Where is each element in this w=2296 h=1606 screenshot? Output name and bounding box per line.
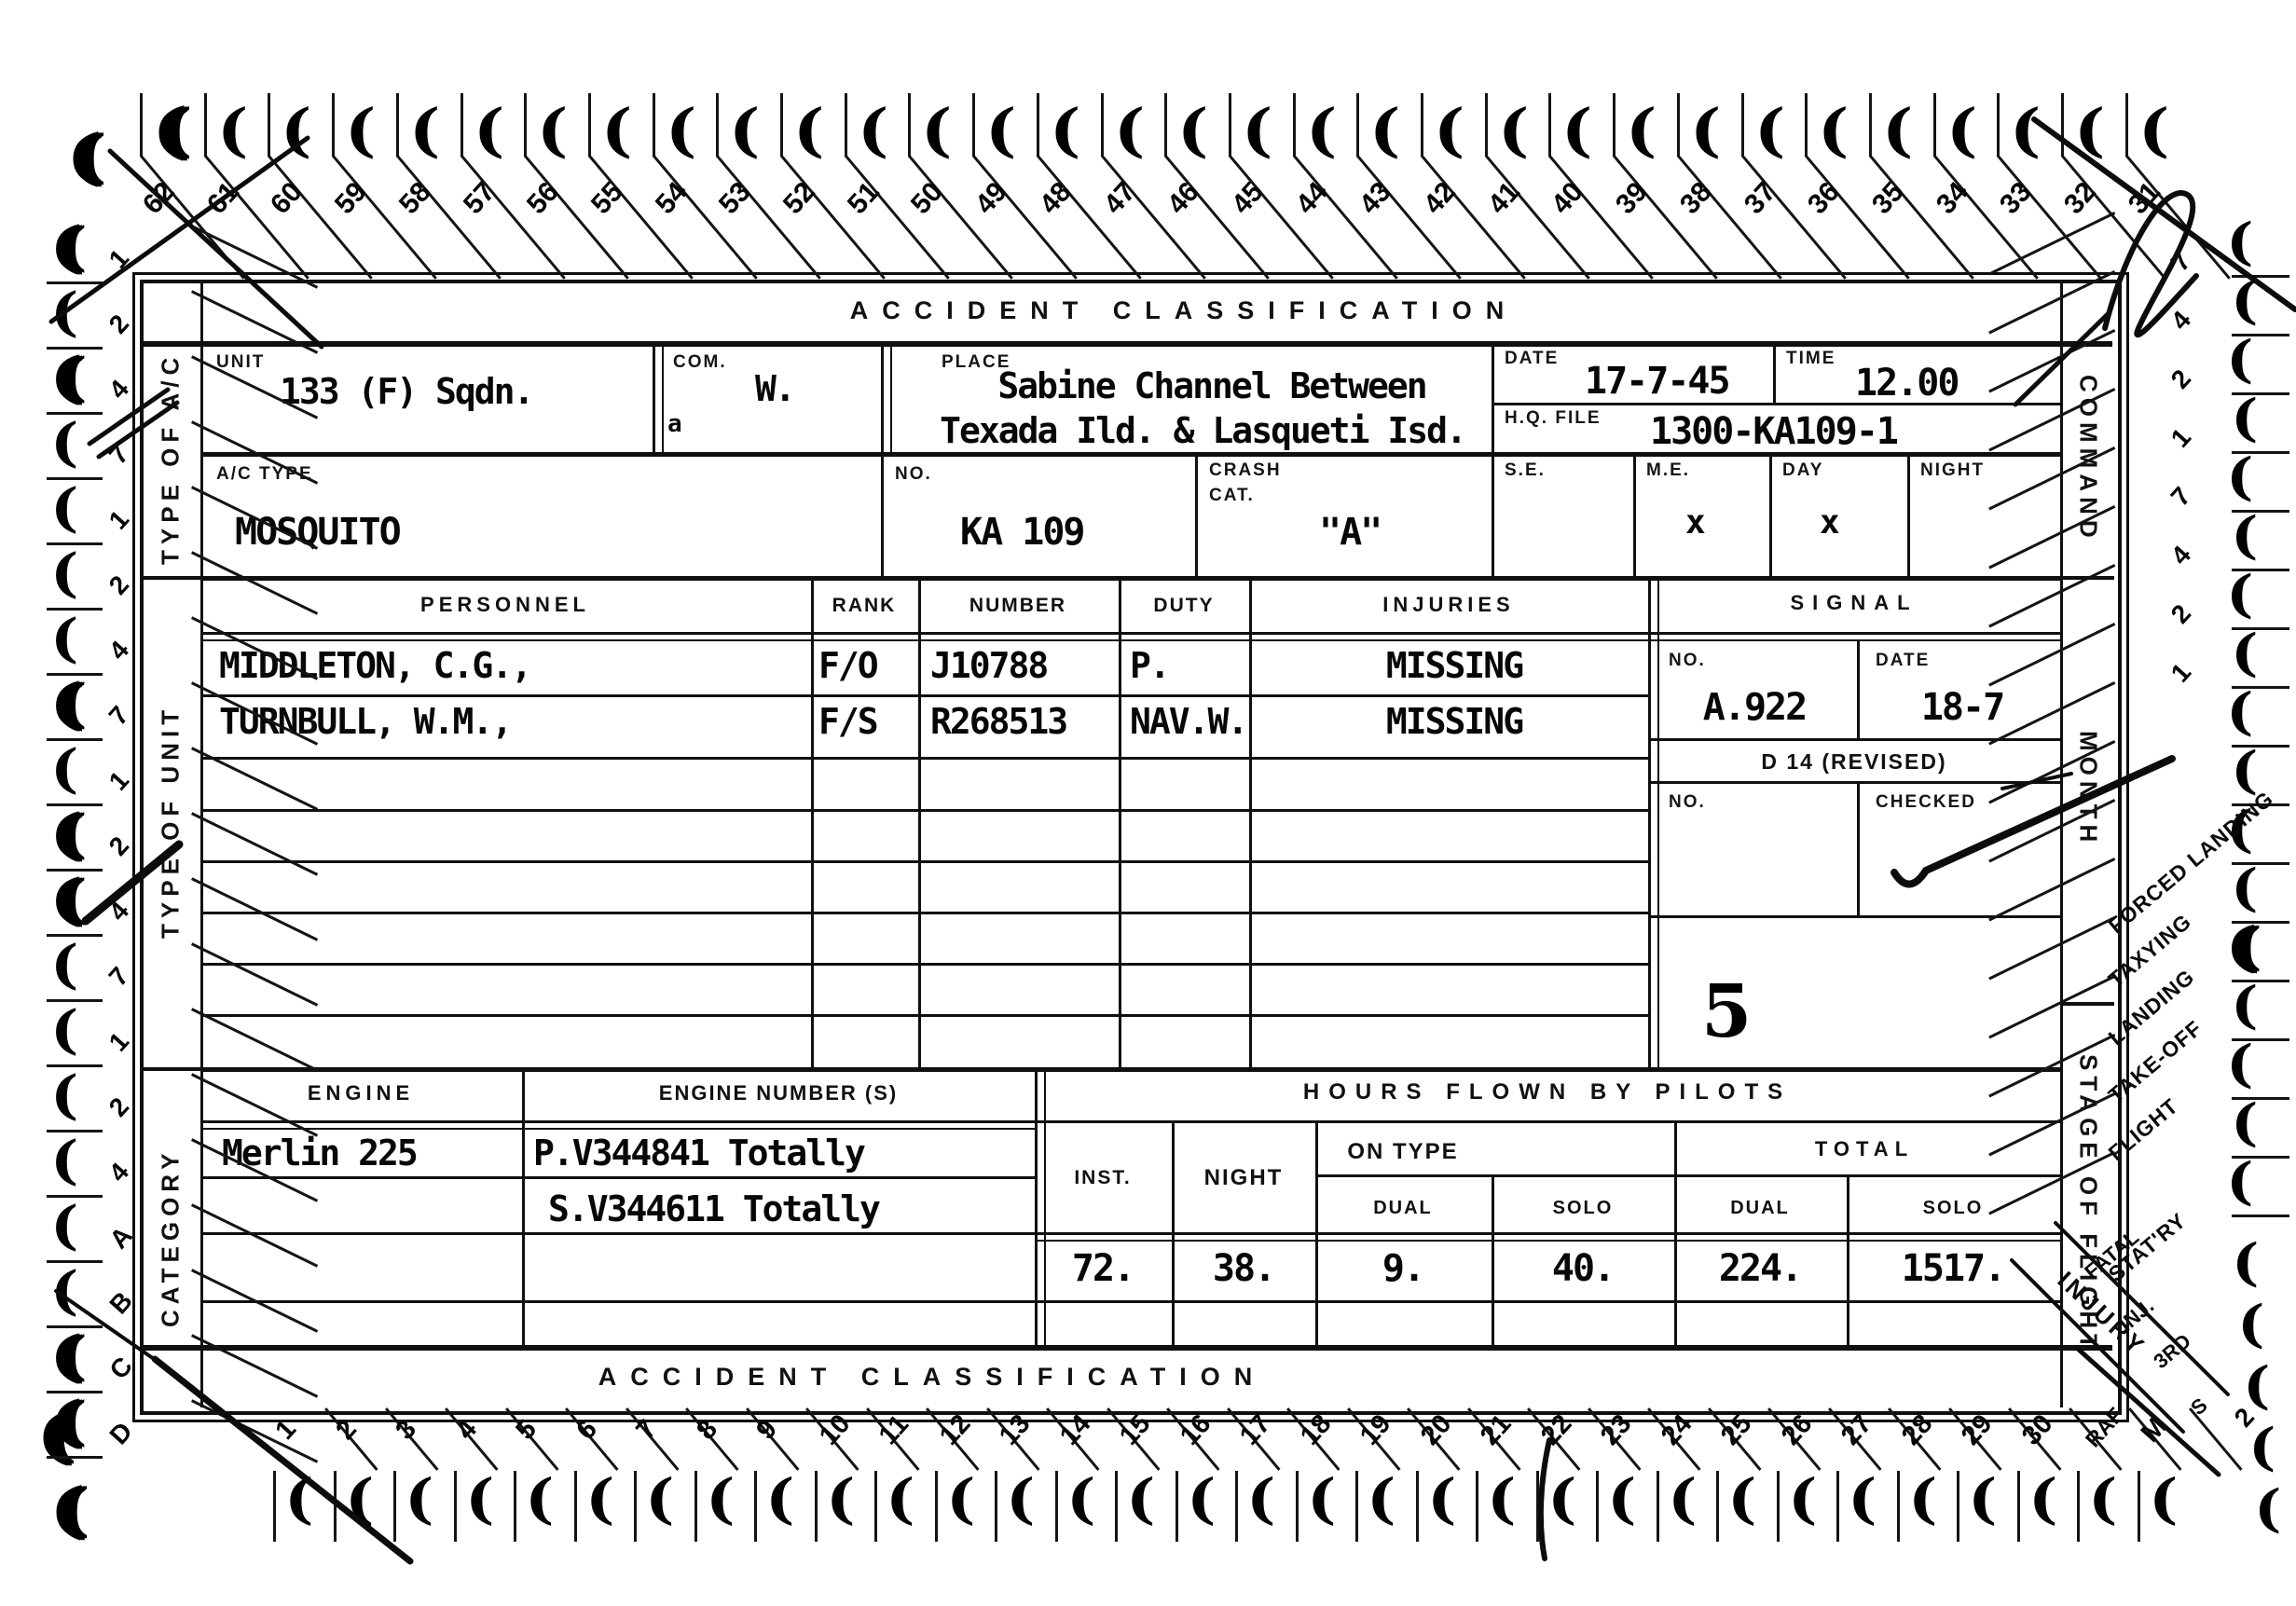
injuries-header: INJURIES bbox=[1382, 593, 1514, 617]
hours-on-type-solo-value: 40. bbox=[1552, 1247, 1614, 1290]
top-tab-number: 58 bbox=[393, 176, 438, 221]
d14-title: D 14 (REVISED) bbox=[1761, 749, 1946, 775]
left-tab-number: D bbox=[103, 1417, 138, 1450]
bottom-tab-number: 4 bbox=[450, 1414, 483, 1446]
punch-notch-icon: ( bbox=[1246, 1475, 1276, 1523]
bottom-tab-divider bbox=[1055, 1471, 1058, 1542]
punch-notch-icon: ( bbox=[1426, 1475, 1456, 1523]
left-tab-number: C bbox=[103, 1352, 138, 1385]
side-label-stage-of-flight: STAGE OF FLIGHT bbox=[2062, 1006, 2114, 1404]
top-tab-diagonal bbox=[1229, 155, 1334, 280]
punch-notch-icon: ( bbox=[50, 1268, 78, 1314]
punch-notch-icon: ( bbox=[1626, 104, 1657, 157]
top-tab-divider bbox=[845, 93, 847, 157]
punch-notch-icon: ( bbox=[1242, 104, 1273, 157]
left-tab-number: 1 bbox=[103, 1027, 135, 1058]
top-tab-divider bbox=[1933, 93, 1936, 157]
rank-header: RANK bbox=[832, 595, 897, 617]
punch-notch-icon: ( bbox=[1306, 1475, 1336, 1523]
punch-notch-icon: ( bbox=[2226, 336, 2253, 382]
hours-night-value: 38. bbox=[1213, 1247, 1274, 1290]
punch-notch-icon: ( bbox=[405, 1475, 434, 1523]
top-tab-divider bbox=[524, 93, 527, 157]
bottom-tab-divider bbox=[1596, 1471, 1599, 1542]
engine-header: ENGINE bbox=[308, 1081, 414, 1105]
punch-notch-icon: ( bbox=[2243, 1363, 2270, 1408]
top-tab-number: 49 bbox=[969, 176, 1014, 221]
bottom-tab-number: 28 bbox=[1896, 1408, 1939, 1451]
left-tab-number: 4 bbox=[103, 897, 135, 927]
punch-notch-icon: ( bbox=[525, 1475, 555, 1523]
bottom-tab-number: 11 bbox=[873, 1409, 915, 1451]
top-tab-number: 46 bbox=[1162, 176, 1206, 221]
side-label-category: CATEGORY bbox=[142, 1071, 199, 1404]
left-tab-number: 1 bbox=[103, 766, 135, 797]
bottom-tab-divider bbox=[634, 1471, 637, 1542]
hours-total-dual-value: 224. bbox=[1719, 1247, 1801, 1290]
punch-notch-icon: ( bbox=[50, 615, 78, 662]
punch-notch-icon: ( bbox=[1006, 1475, 1036, 1523]
left-tab-number: 7 bbox=[103, 440, 135, 471]
left-tab-number: 1 bbox=[103, 244, 135, 275]
left-tab-number: 2 bbox=[103, 570, 135, 601]
punch-notch-icon: ( bbox=[2231, 865, 2258, 911]
punch-notch-icon: ( bbox=[50, 1007, 78, 1053]
punch-notch-icon: ( bbox=[886, 1475, 915, 1523]
punch-notch-icon: ( bbox=[793, 104, 825, 157]
punch-notch-icon: ( bbox=[2226, 924, 2253, 969]
day-value: x bbox=[1820, 503, 1838, 542]
com-stray-mark: a bbox=[667, 410, 681, 438]
punch-notch-icon: ( bbox=[2088, 1475, 2118, 1523]
punch-notch-icon: ( bbox=[2226, 689, 2253, 734]
top-tab-number: 50 bbox=[905, 176, 950, 221]
top-tab-number: 35 bbox=[1866, 176, 1911, 221]
bottom-tab-divider bbox=[454, 1471, 457, 1542]
left-tab-number: 4 bbox=[103, 375, 135, 405]
bottom-tab-divider bbox=[1175, 1471, 1178, 1542]
personnel-row-name: TURNBULL, W.M., bbox=[219, 701, 511, 742]
top-tab-divider bbox=[653, 93, 655, 157]
bottom-tab-number: 22 bbox=[1535, 1408, 1578, 1451]
top-tab-number: 59 bbox=[329, 176, 374, 221]
signal-date-label: DATE bbox=[1876, 651, 1930, 671]
punch-notch-icon: ( bbox=[2231, 395, 2258, 441]
com-value: W. bbox=[755, 368, 794, 409]
punch-notch-icon: ( bbox=[50, 876, 78, 923]
bottom-tab-number: 20 bbox=[1415, 1408, 1458, 1451]
punch-notch-icon: ( bbox=[2226, 219, 2253, 265]
right-tab-number: 4 bbox=[2165, 306, 2197, 336]
bottom-tab-divider bbox=[334, 1471, 337, 1542]
bottom-tab-divider bbox=[1957, 1471, 1959, 1542]
top-tab-number: 32 bbox=[2058, 176, 2103, 221]
engine-number-line1: P.V344841 Totally bbox=[533, 1132, 864, 1174]
punch-notch-icon: ( bbox=[281, 104, 312, 157]
left-tab-number: 7 bbox=[103, 962, 135, 993]
top-tab-number: 41 bbox=[1482, 176, 1527, 221]
personnel-row-injuries: MISSING bbox=[1386, 701, 1522, 742]
night-header: NIGHT bbox=[1204, 1165, 1284, 1191]
left-tab-number: 2 bbox=[103, 309, 135, 340]
punch-notch-icon: ( bbox=[1305, 104, 1337, 157]
personnel-row-duty: P. bbox=[1130, 645, 1169, 686]
punch-notch-icon: ( bbox=[765, 1475, 795, 1523]
top-tab-diagonal bbox=[1037, 155, 1142, 280]
punch-notch-icon: ( bbox=[50, 550, 78, 597]
engine-number-header: ENGINE NUMBER (S) bbox=[659, 1081, 898, 1105]
punch-notch-icon: ( bbox=[1727, 1475, 1757, 1523]
punch-notch-icon: ( bbox=[50, 1398, 78, 1445]
place-line1: Sabine Channel Between bbox=[997, 365, 1425, 406]
punch-notch-icon: ( bbox=[2231, 1100, 2258, 1146]
punch-notch-icon: ( bbox=[2226, 1159, 2253, 1204]
top-tab-divider bbox=[1229, 93, 1231, 157]
bottom-tab-divider bbox=[754, 1471, 757, 1542]
left-tab-number: 4 bbox=[103, 1158, 135, 1188]
punch-notch-icon: ( bbox=[1968, 1475, 1998, 1523]
com-label: COM. bbox=[673, 352, 727, 373]
punch-notch-icon: ( bbox=[2232, 1240, 2259, 1285]
punch-notch-icon: ( bbox=[1848, 1475, 1877, 1523]
punch-notch-icon: ( bbox=[1818, 104, 1849, 157]
engine-number-line2: S.V344611 Totally bbox=[548, 1188, 879, 1229]
footer-rule bbox=[142, 1345, 2112, 1351]
punch-notch-icon: ( bbox=[2138, 104, 2169, 157]
total-solo-header: SOLO bbox=[1923, 1198, 1984, 1219]
top-tab-divider bbox=[1548, 93, 1551, 157]
punch-notch-icon: ( bbox=[1667, 1475, 1697, 1523]
top-tab-number: 52 bbox=[777, 176, 822, 221]
total-header: TOTAL bbox=[1815, 1137, 1914, 1161]
punch-notch-icon: ( bbox=[1690, 104, 1722, 157]
punch-notch-icon: ( bbox=[50, 485, 78, 531]
punch-notch-icon: ( bbox=[1066, 1475, 1095, 1523]
punch-notch-icon: ( bbox=[2231, 513, 2258, 558]
left-tab-number: 2 bbox=[103, 1092, 135, 1123]
bottom-tab-number: 8 bbox=[691, 1414, 723, 1446]
punch-notch-icon: ( bbox=[729, 104, 761, 157]
top-tab-number: 53 bbox=[713, 176, 758, 221]
date-label: DATE bbox=[1505, 349, 1559, 369]
top-tab-number: 33 bbox=[1994, 176, 2039, 221]
top-tab-number: 31 bbox=[2123, 176, 2167, 221]
punch-notch-icon: ( bbox=[1753, 104, 1785, 157]
top-tab-diagonal bbox=[653, 155, 758, 280]
bottom-tab-number: 30 bbox=[2016, 1408, 2059, 1451]
punch-notch-icon: ( bbox=[1050, 104, 1081, 157]
top-tab-diagonal bbox=[1933, 155, 2039, 280]
punch-notch-icon: ( bbox=[2231, 630, 2258, 676]
personnel-row-number: J10788 bbox=[930, 645, 1047, 686]
bottom-tab-number: 5 bbox=[510, 1414, 543, 1446]
punch-notch-icon: ( bbox=[50, 811, 78, 858]
top-tab-divider bbox=[1869, 93, 1872, 157]
place-line2: Texada Ild. & Lasqueti Isd. bbox=[940, 410, 1465, 451]
personnel-row-rank: F/S bbox=[818, 701, 877, 742]
bottom-tab-divider bbox=[1296, 1471, 1299, 1542]
punch-notch-icon: ( bbox=[645, 1475, 675, 1523]
punch-notch-icon: ( bbox=[473, 104, 504, 157]
top-tab-divider bbox=[396, 93, 399, 157]
punch-notch-icon: ( bbox=[584, 1475, 614, 1523]
top-tab-divider bbox=[140, 93, 143, 157]
punch-notch-icon: ( bbox=[1367, 1475, 1396, 1523]
top-tab-number: 45 bbox=[1226, 176, 1271, 221]
punch-notch-icon: ( bbox=[284, 1475, 314, 1523]
bottom-tab-number: 21 bbox=[1475, 1408, 1518, 1451]
punch-notch-icon: ( bbox=[50, 941, 78, 988]
bottom-tab-divider bbox=[1115, 1471, 1118, 1542]
punch-notch-icon: ( bbox=[50, 1072, 78, 1119]
top-tab-divider bbox=[1997, 93, 2000, 157]
punch-notch-icon: ( bbox=[50, 1484, 82, 1536]
bottom-tab-number: 14 bbox=[1054, 1408, 1097, 1451]
top-tab-number: 54 bbox=[649, 176, 694, 221]
accident-classification-card: ACCIDENT CLASSIFICATION ACCIDENT CLASSIF… bbox=[0, 0, 2296, 1606]
bottom-tab-number: 27 bbox=[1835, 1408, 1878, 1451]
punch-notch-icon: ( bbox=[857, 104, 888, 157]
top-tab-number: 56 bbox=[521, 176, 566, 221]
top-tab-divider bbox=[1037, 93, 1039, 157]
top-tab-number: 48 bbox=[1034, 176, 1079, 221]
top-tab-divider bbox=[908, 93, 911, 157]
top-tab-diagonal bbox=[204, 155, 309, 280]
bottom-tab-divider bbox=[995, 1471, 997, 1542]
bottom-tab-number: 16 bbox=[1175, 1408, 1217, 1451]
punch-notch-icon: ( bbox=[2231, 982, 2258, 1028]
top-tab-divider bbox=[2061, 93, 2064, 157]
top-tab-divider bbox=[1164, 93, 1167, 157]
right-tab-number: 1 bbox=[2165, 658, 2197, 689]
personnel-header: PERSONNEL bbox=[420, 593, 590, 617]
top-tab-number: 57 bbox=[457, 176, 502, 221]
hq-file-label: H.Q. FILE bbox=[1505, 408, 1602, 429]
top-tab-divider bbox=[1677, 93, 1680, 157]
punch-notch-icon: ( bbox=[945, 1475, 975, 1523]
time-label: TIME bbox=[1786, 349, 1835, 369]
top-tab-number: 51 bbox=[842, 176, 887, 221]
bottom-tab-divider bbox=[393, 1471, 396, 1542]
signal-title: SIGNAL bbox=[1790, 591, 1918, 615]
hours-title: HOURS FLOWN BY PILOTS bbox=[1303, 1079, 1792, 1105]
top-tab-number: 36 bbox=[1802, 176, 1847, 221]
bottom-tab-number: 29 bbox=[1956, 1408, 1999, 1451]
punch-notch-icon: ( bbox=[1369, 104, 1401, 157]
top-tab-divider bbox=[1613, 93, 1615, 157]
right-tab-number: 4 bbox=[2165, 541, 2197, 571]
top-tab-number: 38 bbox=[1674, 176, 1719, 221]
punch-notch-icon: ( bbox=[2226, 571, 2253, 617]
top-tab-divider bbox=[1293, 93, 1296, 157]
punch-notch-icon: ( bbox=[2074, 104, 2106, 157]
top-tab-number: 40 bbox=[1546, 176, 1590, 221]
punch-notch-icon: ( bbox=[1497, 104, 1529, 157]
side-label-month: MONTH bbox=[2062, 580, 2114, 998]
bottom-tab-divider bbox=[1235, 1471, 1238, 1542]
top-tab-number: 37 bbox=[1738, 176, 1782, 221]
punch-notch-icon: ( bbox=[825, 1475, 855, 1523]
punch-notch-icon: ( bbox=[50, 680, 78, 727]
hours-total-solo-value: 1517. bbox=[1902, 1247, 2004, 1290]
punch-notch-icon: ( bbox=[50, 746, 78, 792]
right-tab-number: 1 bbox=[2165, 423, 2197, 454]
right-tab-edge bbox=[2232, 1215, 2289, 1217]
punch-notch-icon: ( bbox=[50, 1202, 78, 1249]
left-tab-number: A bbox=[103, 1221, 138, 1255]
side-label-type-of-ac: TYPE OF A/C bbox=[142, 345, 199, 572]
top-tab-divider bbox=[972, 93, 975, 157]
signal-no-label: NO. bbox=[1669, 651, 1706, 671]
bottom-tab-divider bbox=[1716, 1471, 1719, 1542]
bottom-banner-title: ACCIDENT CLASSIFICATION bbox=[578, 1363, 1286, 1392]
punch-notch-icon: ( bbox=[2231, 278, 2258, 323]
punch-notch-icon: ( bbox=[1177, 104, 1209, 157]
left-tab-number: 2 bbox=[103, 831, 135, 862]
top-tab-diagonal bbox=[845, 155, 950, 280]
on-type-solo-header: SOLO bbox=[1553, 1198, 1614, 1219]
top-tab-divider bbox=[204, 93, 207, 157]
right-tab-number: 7 bbox=[2165, 482, 2197, 513]
hq-file-value: 1300-KA109-1 bbox=[1650, 410, 1897, 453]
punch-notch-icon: ( bbox=[50, 354, 78, 401]
punch-notch-icon: ( bbox=[665, 104, 696, 157]
top-tab-divider bbox=[332, 93, 335, 157]
punch-notch-icon: ( bbox=[50, 1137, 78, 1184]
punch-notch-icon: ( bbox=[50, 224, 78, 270]
inst-header: INST. bbox=[1074, 1167, 1131, 1189]
punch-notch-icon: ( bbox=[2226, 1041, 2253, 1087]
on-type-header: ON TYPE bbox=[1347, 1139, 1458, 1165]
top-tab-divider bbox=[1421, 93, 1423, 157]
punch-notch-icon: ( bbox=[409, 104, 441, 157]
no-label: NO. bbox=[895, 464, 932, 485]
top-tab-number: 34 bbox=[1930, 176, 1974, 221]
top-tab-number: 42 bbox=[1418, 176, 1463, 221]
punch-notch-icon: ( bbox=[2248, 1424, 2275, 1470]
bottom-tab-number: 2 bbox=[330, 1414, 363, 1446]
top-tab-divider bbox=[1805, 93, 1808, 157]
punch-notch-icon: ( bbox=[2237, 1301, 2264, 1347]
left-tab-number: 7 bbox=[103, 701, 135, 732]
right-tab-number: 2 bbox=[2165, 364, 2197, 395]
punch-notch-icon: ( bbox=[153, 104, 185, 157]
injury-tab-3rd: 3RD bbox=[2149, 1329, 2195, 1374]
punch-notch-icon: ( bbox=[1787, 1475, 1817, 1523]
bottom-tab-number: 17 bbox=[1234, 1408, 1277, 1451]
top-tab-divider bbox=[461, 93, 463, 157]
bottom-tab-number: 23 bbox=[1595, 1408, 1638, 1451]
personnel-row-name: MIDDLETON, C.G., bbox=[219, 645, 530, 686]
bottom-tab-divider bbox=[514, 1471, 516, 1542]
top-tab-diagonal bbox=[1741, 155, 1847, 280]
date-value: 17-7-45 bbox=[1585, 360, 1729, 403]
se-label: S.E. bbox=[1505, 460, 1546, 481]
punch-notch-icon: ( bbox=[67, 130, 99, 183]
punch-notch-icon: ( bbox=[345, 104, 377, 157]
bottom-tab-number: 6 bbox=[571, 1414, 603, 1446]
d14-no-label: NO. bbox=[1669, 792, 1706, 813]
bottom-tab-number: 12 bbox=[934, 1408, 977, 1451]
bottom-tab-number: 9 bbox=[750, 1414, 783, 1446]
punch-notch-icon: ( bbox=[705, 1475, 735, 1523]
punch-notch-icon: ( bbox=[464, 1475, 494, 1523]
bottom-tab-number: M bbox=[2135, 1411, 2173, 1448]
bottom-tab-number: 3 bbox=[390, 1414, 422, 1446]
hours-inst-value: 72. bbox=[1072, 1247, 1134, 1290]
top-tab-diagonal bbox=[1101, 155, 1206, 280]
crash-cat-value: "A" bbox=[1319, 511, 1381, 554]
punch-notch-icon: ( bbox=[50, 289, 78, 336]
punch-notch-icon: ( bbox=[50, 419, 78, 466]
punch-notch-icon: ( bbox=[2226, 454, 2253, 500]
punch-notch-icon: ( bbox=[50, 1333, 78, 1380]
left-tab-number: 1 bbox=[103, 505, 135, 536]
bottom-tab-number: 13 bbox=[994, 1408, 1037, 1451]
punch-notch-icon: ( bbox=[1607, 1475, 1637, 1523]
bottom-tab-divider bbox=[1355, 1471, 1358, 1542]
no-value: KA 109 bbox=[960, 511, 1084, 554]
top-tab-diagonal bbox=[1485, 155, 1590, 280]
top-tab-diagonal bbox=[588, 155, 694, 280]
punch-notch-icon: ( bbox=[2254, 1486, 2281, 1531]
top-tab-divider bbox=[268, 93, 270, 157]
punch-notch-icon: ( bbox=[1561, 104, 1593, 157]
top-tab-number: 60 bbox=[265, 176, 309, 221]
punch-notch-icon: ( bbox=[1882, 104, 1914, 157]
punch-notch-icon: ( bbox=[1487, 1475, 1517, 1523]
punch-notch-icon: ( bbox=[1907, 1475, 1937, 1523]
punch-notch-icon: ( bbox=[921, 104, 953, 157]
signal-date-value: 18-7 bbox=[1921, 686, 2003, 729]
punch-notch-icon: ( bbox=[601, 104, 633, 157]
top-tab-number: 44 bbox=[1289, 176, 1334, 221]
top-tab-diagonal bbox=[1293, 155, 1398, 280]
top-tab-number: 62 bbox=[137, 176, 182, 221]
top-tab-diagonal bbox=[1869, 155, 1974, 280]
bottom-tab-number: 18 bbox=[1295, 1408, 1338, 1451]
top-tab-divider bbox=[716, 93, 719, 157]
signal-no-value: A.922 bbox=[1703, 686, 1806, 729]
bottom-tab-divider bbox=[1657, 1471, 1659, 1542]
punch-notch-icon: ( bbox=[537, 104, 569, 157]
left-tab-number: B bbox=[103, 1286, 138, 1320]
hours-on-type-dual-value: 9. bbox=[1382, 1247, 1423, 1290]
punch-notch-icon: ( bbox=[1945, 104, 1977, 157]
injury-tab-s: S bbox=[2186, 1393, 2212, 1421]
punch-notch-icon: ( bbox=[216, 104, 248, 157]
top-tab-divider bbox=[588, 93, 591, 157]
row2-bottom-rule bbox=[200, 576, 2060, 581]
bottom-tab-number: 15 bbox=[1114, 1408, 1157, 1451]
punch-notch-icon: ( bbox=[2028, 1475, 2057, 1523]
personnel-row-number: R268513 bbox=[930, 701, 1066, 742]
bottom-tab-divider bbox=[1897, 1471, 1900, 1542]
bottom-tab-divider bbox=[273, 1471, 276, 1542]
bottom-tab-divider bbox=[1416, 1471, 1419, 1542]
punch-notch-icon: ( bbox=[985, 104, 1017, 157]
top-tab-divider bbox=[1741, 93, 1744, 157]
bottom-tab-number: 19 bbox=[1354, 1408, 1397, 1451]
right-tab-number: 7 bbox=[2165, 247, 2197, 278]
unit-value: 133 (F) Sqdn. bbox=[280, 371, 532, 412]
bottom-tab-divider bbox=[694, 1471, 697, 1542]
bottom-tab-divider bbox=[2017, 1471, 2020, 1542]
top-banner-title: ACCIDENT CLASSIFICATION bbox=[839, 296, 1529, 325]
side-label-type-of-unit: TYPE OF UNIT bbox=[142, 580, 199, 1064]
checked-label: CHECKED bbox=[1876, 792, 1976, 813]
left-tab-edge bbox=[47, 1456, 103, 1459]
